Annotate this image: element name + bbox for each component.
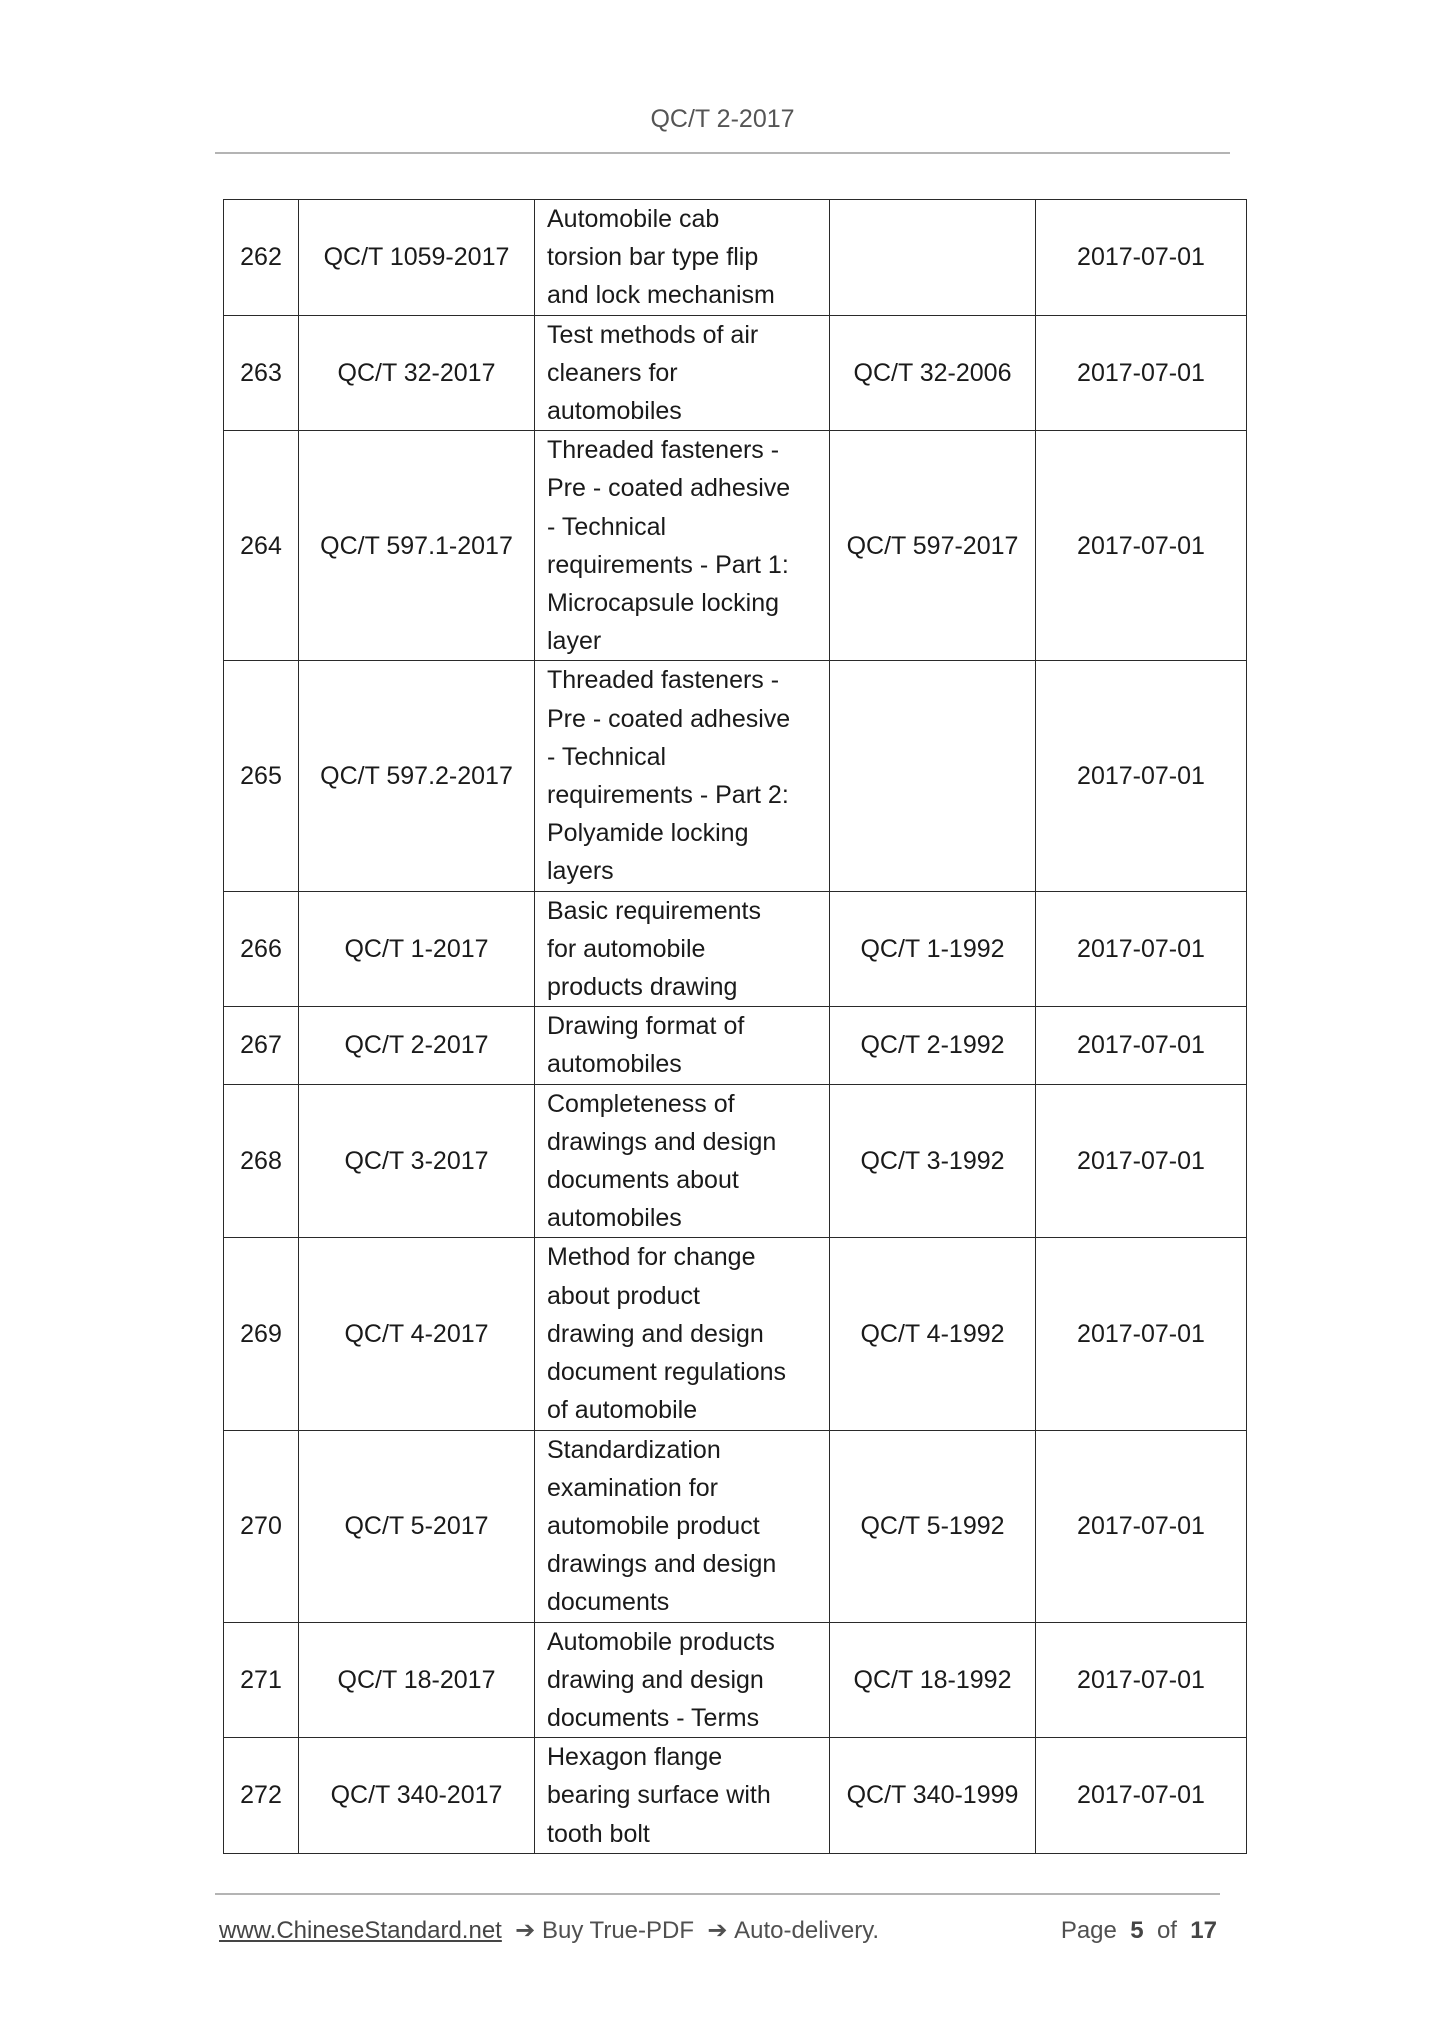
footer-step-buy: Buy True-PDF [542,1917,694,1944]
standard-name-line: requirements - Part 2: [547,776,823,814]
standard-name-line: Pre - coated adhesive [547,469,823,507]
header-divider [215,152,1230,154]
footer-divider [215,1893,1220,1895]
standard-name-line: Hexagon flange [547,1738,823,1776]
replaced-standard [830,200,1036,316]
right-arrow-icon: ➔ [701,1917,734,1944]
standard-name-line: automobiles [547,1045,823,1083]
standard-name: Threaded fasteners -Pre - coated adhesiv… [535,431,830,661]
standard-name-line: Automobile products [547,1623,823,1661]
replaced-standard: QC/T 18-1992 [830,1622,1036,1738]
row-number: 270 [224,1430,299,1622]
standard-name-line: automobiles [547,392,823,430]
chinesestandard-link[interactable]: www.ChineseStandard.net [219,1917,502,1944]
standard-name-line: drawing and design [547,1661,823,1699]
standard-name-line: and lock mechanism [547,276,823,314]
table-row: 263QC/T 32-2017Test methods of aircleane… [224,315,1247,431]
standard-name-line: Method for change [547,1238,823,1276]
standard-name-line: document regulations [547,1353,823,1391]
standard-name-line: documents [547,1583,823,1621]
standard-name-line: - Technical [547,738,823,776]
implementation-date: 2017-07-01 [1036,1238,1247,1430]
page-of: of [1157,1917,1177,1944]
footer-promo: www.ChineseStandard.net ➔ Buy True-PDF ➔… [219,1916,879,1946]
standard-code: QC/T 3-2017 [299,1084,535,1238]
standard-name-line: drawing and design [547,1315,823,1353]
standard-name-line: Automobile cab [547,200,823,238]
standard-code: QC/T 18-2017 [299,1622,535,1738]
standard-name-line: Standardization [547,1431,823,1469]
standard-name-line: Basic requirements [547,892,823,930]
standard-code: QC/T 340-2017 [299,1738,535,1854]
standard-code: QC/T 4-2017 [299,1238,535,1430]
standard-name-line: tooth bolt [547,1815,823,1853]
standard-name-line: products drawing [547,968,823,1006]
implementation-date: 2017-07-01 [1036,891,1247,1007]
standard-name: Threaded fasteners -Pre - coated adhesiv… [535,661,830,891]
page-current: 5 [1130,1917,1143,1944]
replaced-standard: QC/T 32-2006 [830,315,1036,431]
standard-name: Drawing format ofautomobiles [535,1007,830,1084]
row-number: 262 [224,200,299,316]
standard-name: Basic requirementsfor automobileproducts… [535,891,830,1007]
implementation-date: 2017-07-01 [1036,1084,1247,1238]
standard-name: Standardizationexamination forautomobile… [535,1430,830,1622]
standard-name-line: bearing surface with [547,1776,823,1814]
table-row: 272QC/T 340-2017Hexagon flangebearing su… [224,1738,1247,1854]
page-header-title: QC/T 2-2017 [215,104,1230,134]
replaced-standard: QC/T 1-1992 [830,891,1036,1007]
standard-code: QC/T 1059-2017 [299,200,535,316]
standard-name-line: Completeness of [547,1085,823,1123]
table-row: 265QC/T 597.2-2017Threaded fasteners -Pr… [224,661,1247,891]
standard-name-line: Polyamide locking [547,814,823,852]
standard-name-line: examination for [547,1469,823,1507]
standard-name-line: Test methods of air [547,316,823,354]
standard-name-line: documents - Terms [547,1699,823,1737]
row-number: 272 [224,1738,299,1854]
table-row: 262QC/T 1059-2017Automobile cabtorsion b… [224,200,1247,316]
page-footer: www.ChineseStandard.net ➔ Buy True-PDF ➔… [219,1916,1217,1948]
implementation-date: 2017-07-01 [1036,1007,1247,1084]
row-number: 271 [224,1622,299,1738]
replaced-standard [830,661,1036,891]
replaced-standard: QC/T 5-1992 [830,1430,1036,1622]
row-number: 264 [224,431,299,661]
table-row: 266QC/T 1-2017Basic requirementsfor auto… [224,891,1247,1007]
standards-table: 262QC/T 1059-2017Automobile cabtorsion b… [223,199,1247,1854]
standard-name-line: of automobile [547,1391,823,1429]
standard-name: Automobile cabtorsion bar type flipand l… [535,200,830,316]
standard-name-line: automobiles [547,1199,823,1237]
row-number: 265 [224,661,299,891]
implementation-date: 2017-07-01 [1036,1738,1247,1854]
standard-code: QC/T 5-2017 [299,1430,535,1622]
standard-name-line: about product [547,1277,823,1315]
table-row: 267QC/T 2-2017Drawing format ofautomobil… [224,1007,1247,1084]
implementation-date: 2017-07-01 [1036,1622,1247,1738]
standard-name-line: requirements - Part 1: [547,546,823,584]
page-total: 17 [1190,1917,1217,1944]
page-number: Page 5 of 17 [1061,1916,1217,1946]
standard-name-line: drawings and design [547,1123,823,1161]
implementation-date: 2017-07-01 [1036,200,1247,316]
standard-code: QC/T 1-2017 [299,891,535,1007]
standard-name-line: Pre - coated adhesive [547,700,823,738]
replaced-standard: QC/T 2-1992 [830,1007,1036,1084]
standard-name-line: cleaners for [547,354,823,392]
table-row: 264QC/T 597.1-2017Threaded fasteners -Pr… [224,431,1247,661]
standard-name: Automobile productsdrawing and designdoc… [535,1622,830,1738]
standard-name-line: automobile product [547,1507,823,1545]
standard-name-line: drawings and design [547,1545,823,1583]
table-row: 268QC/T 3-2017Completeness ofdrawings an… [224,1084,1247,1238]
replaced-standard: QC/T 3-1992 [830,1084,1036,1238]
implementation-date: 2017-07-01 [1036,315,1247,431]
replaced-standard: QC/T 340-1999 [830,1738,1036,1854]
page-label: Page [1061,1917,1117,1944]
implementation-date: 2017-07-01 [1036,1430,1247,1622]
standard-name-line: layers [547,852,823,890]
standard-name: Completeness ofdrawings and designdocume… [535,1084,830,1238]
row-number: 269 [224,1238,299,1430]
table-row: 271QC/T 18-2017Automobile productsdrawin… [224,1622,1247,1738]
standard-name-line: torsion bar type flip [547,238,823,276]
standard-code: QC/T 597.2-2017 [299,661,535,891]
standard-name-line: Threaded fasteners - [547,431,823,469]
table-row: 269QC/T 4-2017Method for changeabout pro… [224,1238,1247,1430]
implementation-date: 2017-07-01 [1036,661,1247,891]
standard-name: Method for changeabout productdrawing an… [535,1238,830,1430]
replaced-standard: QC/T 597-2017 [830,431,1036,661]
replaced-standard: QC/T 4-1992 [830,1238,1036,1430]
row-number: 263 [224,315,299,431]
row-number: 266 [224,891,299,1007]
standard-name-line: - Technical [547,508,823,546]
right-arrow-icon: ➔ [509,1917,542,1944]
standard-name-line: Microcapsule locking [547,584,823,622]
standard-name-line: Threaded fasteners - [547,661,823,699]
standard-name-line: layer [547,622,823,660]
standard-code: QC/T 597.1-2017 [299,431,535,661]
standard-code: QC/T 32-2017 [299,315,535,431]
standard-name: Test methods of aircleaners forautomobil… [535,315,830,431]
row-number: 268 [224,1084,299,1238]
row-number: 267 [224,1007,299,1084]
standard-name: Hexagon flangebearing surface withtooth … [535,1738,830,1854]
implementation-date: 2017-07-01 [1036,431,1247,661]
table-row: 270QC/T 5-2017Standardizationexamination… [224,1430,1247,1622]
standard-name-line: for automobile [547,930,823,968]
standard-code: QC/T 2-2017 [299,1007,535,1084]
standard-name-line: documents about [547,1161,823,1199]
footer-step-delivery: Auto-delivery. [734,1917,879,1944]
standard-name-line: Drawing format of [547,1007,823,1045]
